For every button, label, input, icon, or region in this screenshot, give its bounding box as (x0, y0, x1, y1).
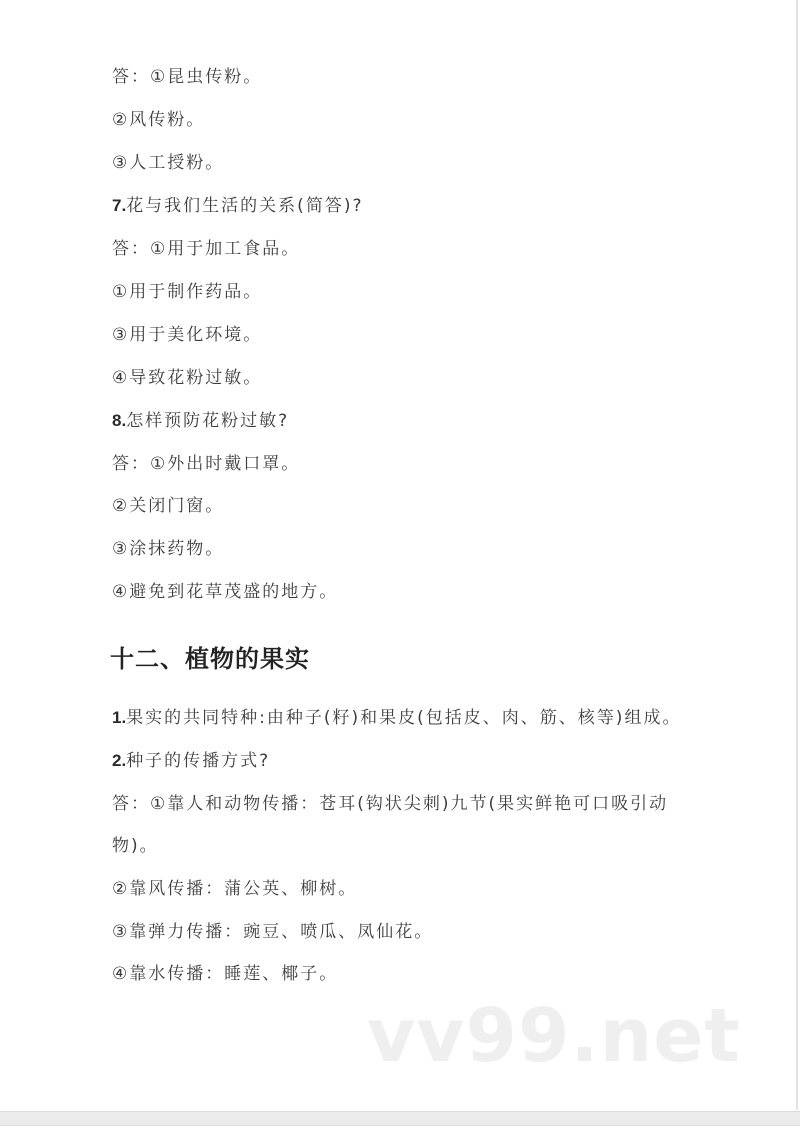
answer-line: ③涂抹药物。 (112, 538, 224, 560)
answer-line: ④避免到花草茂盛的地方。 (112, 581, 338, 603)
answer-line: 答：①外出时戴口罩。 (112, 453, 300, 475)
line-text: ②靠风传播：蒲公英、柳树。 (112, 879, 357, 899)
line-text: 答：①用于加工食品。 (112, 239, 300, 259)
question-line: 2.种子的传播方式? (112, 750, 270, 772)
line-text: 怎样预防花粉过敏? (126, 411, 289, 431)
section-heading: 十二、植物的果实 (110, 644, 310, 674)
answer-line: ②关闭门窗。 (112, 495, 224, 517)
line-text: ③涂抹药物。 (112, 539, 224, 559)
line-text: 答：①昆虫传粉。 (112, 67, 262, 87)
line-text: 种子的传播方式? (126, 751, 270, 771)
answer-line: ④导致花粉过敏。 (112, 367, 262, 389)
question-line: 8.怎样预防花粉过敏? (112, 410, 289, 432)
document-page: 答：①昆虫传粉。 ②风传粉。 ③人工授粉。 7.花与我们生活的关系(简答)? 答… (0, 0, 798, 1110)
question-line: 1.果实的共同特种:由种子(籽)和果皮(包括皮、肉、筋、核等)组成。 (112, 707, 681, 729)
answer-line: ②风传粉。 (112, 109, 205, 131)
answer-line: ④靠水传播：睡莲、椰子。 (112, 963, 338, 985)
line-text: ④导致花粉过敏。 (112, 368, 262, 388)
page-separator-bar (0, 1111, 800, 1126)
answer-line: 答：①用于加工食品。 (112, 238, 300, 260)
line-text: ④靠水传播：睡莲、椰子。 (112, 964, 338, 984)
line-text: ④避免到花草茂盛的地方。 (112, 582, 338, 602)
answer-line: 答：①昆虫传粉。 (112, 66, 262, 88)
line-text: 果实的共同特种:由种子(籽)和果皮(包括皮、肉、筋、核等)组成。 (126, 708, 681, 728)
line-text: ①用于制作药品。 (112, 282, 262, 302)
item-number: 2. (112, 751, 126, 770)
item-number: 8. (112, 411, 126, 430)
answer-line-continued: 物)。 (112, 835, 159, 857)
item-number: 1. (112, 708, 126, 727)
answer-line: ③用于美化环境。 (112, 324, 262, 346)
answer-line: ②靠风传播：蒲公英、柳树。 (112, 878, 357, 900)
item-number: 7. (112, 196, 126, 215)
question-line: 7.花与我们生活的关系(简答)? (112, 195, 363, 217)
line-text: 花与我们生活的关系(简答)? (126, 196, 363, 216)
line-text: 物)。 (112, 836, 159, 856)
watermark: vv99.net (367, 996, 741, 1076)
line-text: ②风传粉。 (112, 110, 205, 130)
line-text: 答：①外出时戴口罩。 (112, 454, 300, 474)
line-text: ③用于美化环境。 (112, 325, 262, 345)
line-text: ③人工授粉。 (112, 153, 224, 173)
answer-line: ①用于制作药品。 (112, 281, 262, 303)
answer-line: 答：①靠人和动物传播：苍耳(钩状尖刺)九节(果实鲜艳可口吸引动 (112, 793, 668, 815)
line-text: 答：①靠人和动物传播：苍耳(钩状尖刺)九节(果实鲜艳可口吸引动 (112, 794, 668, 814)
line-text: ②关闭门窗。 (112, 496, 224, 516)
answer-line: ③人工授粉。 (112, 152, 224, 174)
line-text: ③靠弹力传播：豌豆、喷瓜、凤仙花。 (112, 922, 433, 942)
answer-line: ③靠弹力传播：豌豆、喷瓜、凤仙花。 (112, 921, 433, 943)
